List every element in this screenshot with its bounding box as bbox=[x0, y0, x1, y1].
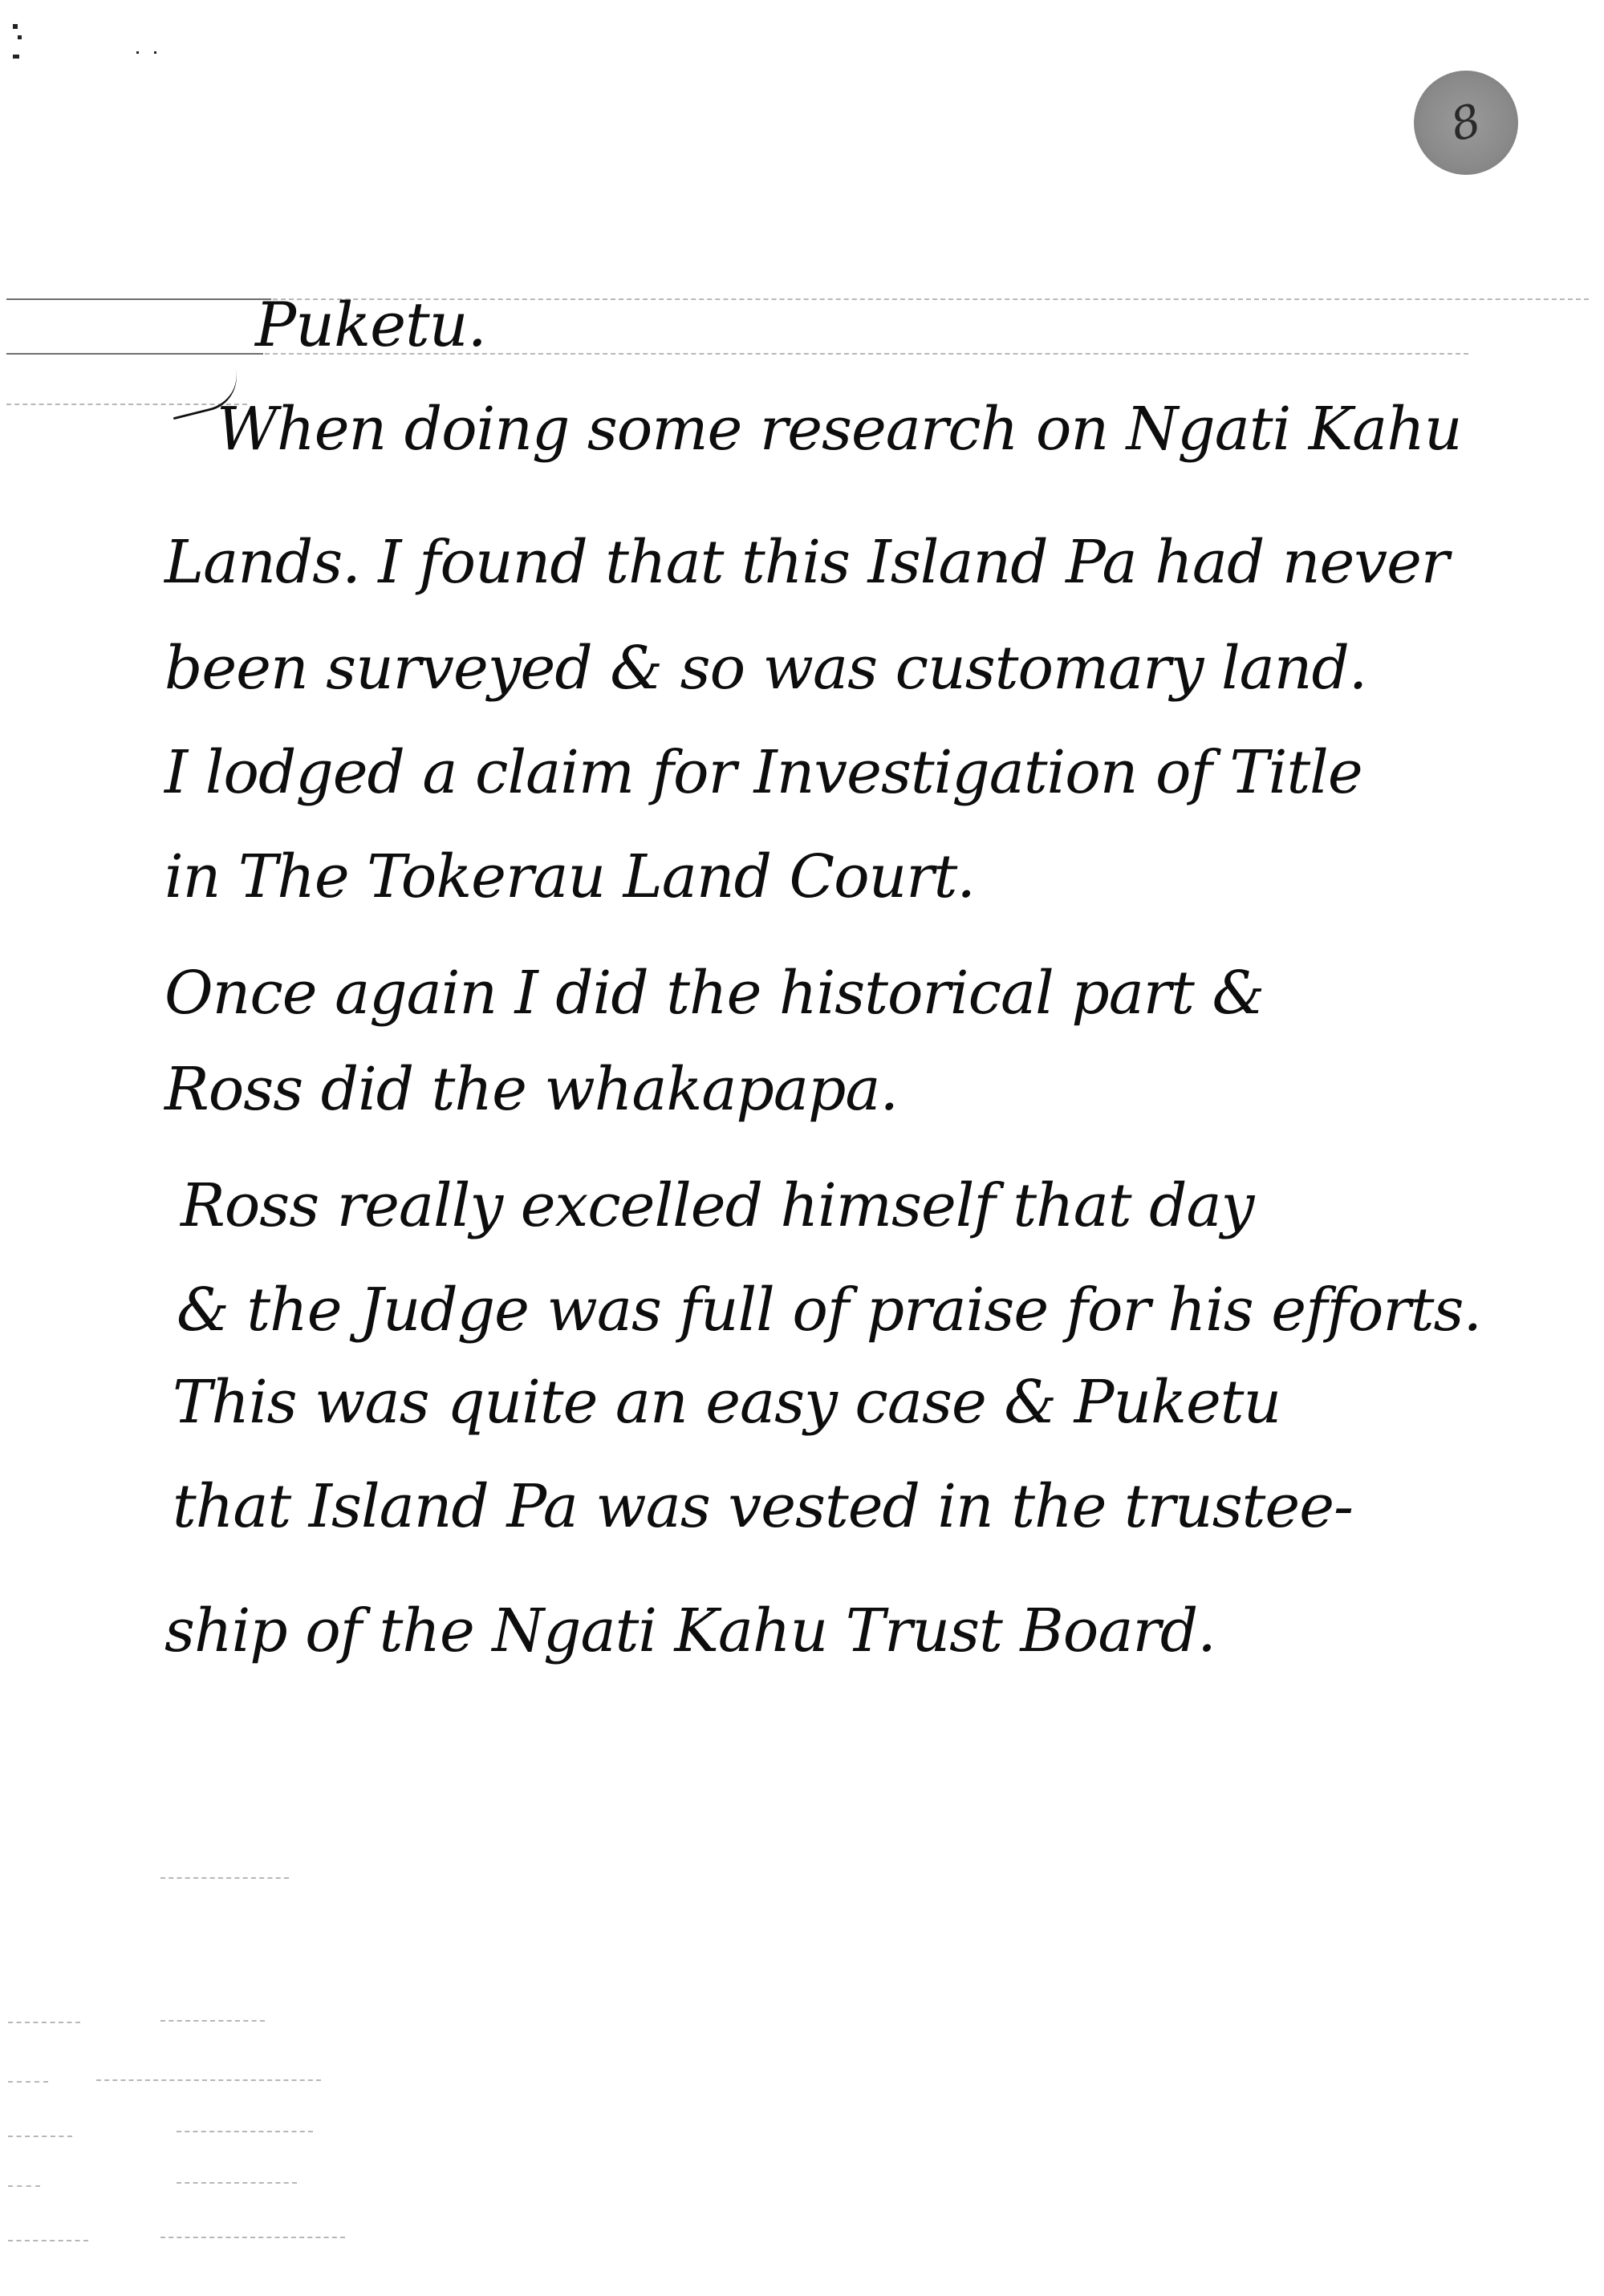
document-page: 8 Puketu. When doing some research on Ng… bbox=[0, 0, 1604, 2296]
handwritten-line: This was quite an easy case & Puketu bbox=[173, 1368, 1281, 1437]
handwritten-line: Ross did the whakapapa. bbox=[164, 1055, 898, 1124]
ruled-line bbox=[8, 2136, 72, 2137]
scan-speck bbox=[13, 24, 18, 29]
handwritten-line: been surveyed & so was customary land. bbox=[164, 634, 1366, 703]
page-number: 8 bbox=[1445, 94, 1486, 152]
document-title: Puketu. bbox=[255, 289, 486, 360]
ruled-line bbox=[160, 1877, 289, 1879]
ruled-line bbox=[6, 298, 271, 300]
ruled-line bbox=[8, 2240, 88, 2241]
ruled-line bbox=[6, 353, 263, 355]
handwritten-line: in The Tokerau Land Court. bbox=[164, 842, 975, 911]
page-number-stamp: 8 bbox=[1414, 71, 1518, 175]
ruled-line bbox=[177, 2131, 313, 2132]
ruled-line bbox=[160, 2237, 345, 2238]
handwritten-line: ship of the Ngati Kahu Trust Board. bbox=[164, 1596, 1216, 1665]
handwritten-line: I lodged a claim for Investigation of Ti… bbox=[164, 738, 1362, 807]
scan-speck bbox=[18, 35, 22, 39]
ruled-line bbox=[96, 2079, 321, 2081]
ruled-line bbox=[160, 2020, 265, 2022]
scan-speck bbox=[13, 55, 19, 59]
handwritten-line: Once again I did the historical part & bbox=[164, 959, 1264, 1028]
ruled-line bbox=[177, 2182, 297, 2184]
handwritten-line: When doing some research on Ngati Kahu bbox=[217, 395, 1462, 464]
handwritten-line: & the Judge was full of praise for his e… bbox=[177, 1276, 1481, 1345]
handwritten-line: Lands. I found that this Island Pa had n… bbox=[164, 528, 1448, 597]
scan-speck bbox=[136, 51, 139, 54]
handwritten-line: that Island Pa was vested in the trustee… bbox=[173, 1472, 1353, 1541]
handwritten-line: Ross really excelled himself that day bbox=[181, 1171, 1253, 1240]
ruled-line bbox=[8, 2022, 80, 2023]
ruled-line bbox=[8, 2081, 48, 2083]
ruled-line bbox=[8, 2185, 40, 2187]
scan-speck bbox=[154, 51, 156, 54]
